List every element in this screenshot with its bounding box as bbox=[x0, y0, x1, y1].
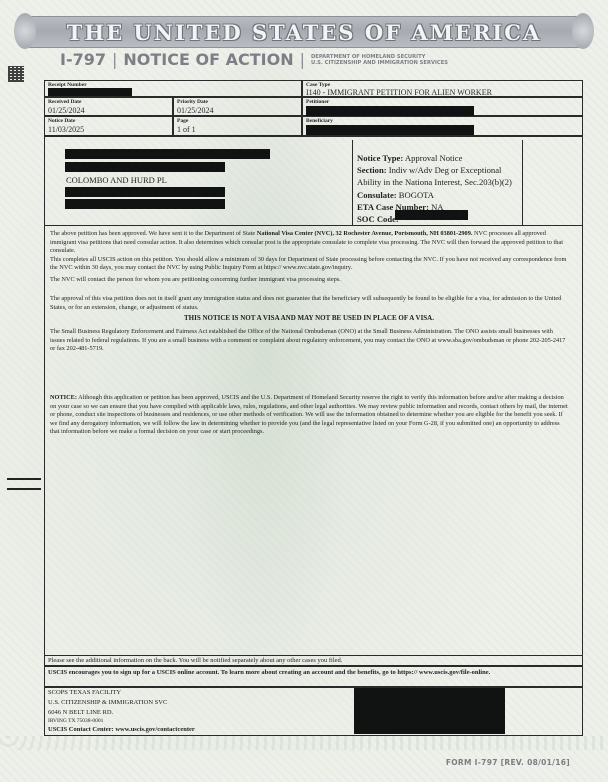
online-account-row: USCIS encourages you to sign up for a US… bbox=[44, 666, 583, 687]
page-cell: Page 1 of 1 bbox=[173, 116, 302, 136]
p1-start: The above petition has been approved. We… bbox=[50, 230, 257, 237]
paragraph-nvc-contact: The NVC will contact the person for whom… bbox=[50, 276, 568, 285]
notice-date-label: Notice Date bbox=[48, 118, 75, 124]
paragraph-processing: This completes all USCIS action on this … bbox=[50, 256, 566, 272]
office-line-4: IRVING TX 75038-0001 bbox=[48, 718, 103, 724]
section-value: Indiv w/Adv Deg or Exceptional bbox=[389, 165, 502, 175]
case-type-value: I140 - IMMIGRANT PETITION FOR ALIEN WORK… bbox=[306, 88, 492, 97]
fold-marks bbox=[7, 478, 41, 498]
form-id: I-797 bbox=[60, 50, 106, 69]
address-line-1-redacted bbox=[65, 149, 270, 159]
soc-label: SOC Code: bbox=[357, 214, 399, 224]
consulate-value: BOGOTA bbox=[399, 190, 434, 200]
address-line-5-redacted bbox=[65, 199, 225, 209]
priority-date-value: 01/25/2024 bbox=[177, 106, 213, 115]
barcode-icon bbox=[8, 66, 24, 82]
paragraph-ombudsman: The Small Business Regulatory Enforcemen… bbox=[50, 328, 568, 354]
page-label: Page bbox=[177, 118, 188, 124]
signature-redacted bbox=[354, 688, 505, 734]
consulate-label: Consulate: bbox=[357, 190, 397, 200]
contact-label: USCIS Contact Center: bbox=[48, 726, 114, 733]
notice-label: NOTICE: bbox=[50, 394, 77, 401]
page-value: 1 of 1 bbox=[177, 125, 196, 134]
petitioner-label: Petitioner bbox=[306, 99, 329, 105]
beneficiary-redacted bbox=[306, 125, 474, 135]
priority-date-cell: Priority Date 01/25/2024 bbox=[173, 97, 302, 116]
form-header: I-797 | NOTICE OF ACTION | DEPARTMENT OF… bbox=[60, 50, 448, 69]
form-revision: FORM I-797 [REV. 08/01/16] bbox=[446, 758, 570, 767]
beneficiary-label: Beneficiary bbox=[306, 118, 333, 124]
additional-info-row: Please see the additional information on… bbox=[44, 655, 583, 666]
notice-title: NOTICE OF ACTION bbox=[123, 50, 293, 69]
notice-date-value: 11/03/2025 bbox=[48, 125, 84, 134]
section-label: Section: bbox=[357, 165, 387, 175]
agency-line-2: U.S. CITIZENSHIP AND IMMIGRATION SERVICE… bbox=[311, 60, 448, 66]
received-date-label: Received Date bbox=[48, 99, 81, 105]
guilloche-border bbox=[0, 736, 608, 750]
contact-url[interactable]: www.uscis.gov/contactcenter bbox=[115, 726, 194, 733]
section-row: Section: Indiv w/Adv Deg or Exceptional bbox=[357, 164, 512, 176]
receipt-number-cell: Receipt Number bbox=[44, 80, 302, 97]
received-date-value: 01/25/2024 bbox=[48, 106, 84, 115]
header-separator-2: | bbox=[300, 50, 305, 69]
paragraph-approval-disclaimer: The approval of this visa petition does … bbox=[50, 295, 568, 312]
notice-type-label: Notice Type: bbox=[357, 153, 403, 163]
office-line-1: SCOPS TEXAS FACILITY bbox=[48, 689, 121, 696]
address-line-2-redacted bbox=[65, 162, 225, 172]
header-separator: | bbox=[112, 50, 117, 69]
nvc-address: National Visa Center (NVC), 32 Rochester… bbox=[257, 230, 473, 237]
section-value-continued: Ability in the Nationa Interest, Sec.203… bbox=[357, 176, 512, 188]
consulate-row: Consulate: BOGOTA bbox=[357, 189, 512, 201]
agency-name: DEPARTMENT OF HOMELAND SECURITY U.S. CIT… bbox=[311, 54, 448, 66]
law-firm-name: COLOMBO AND HURD PL bbox=[66, 175, 167, 185]
receipt-number-redacted bbox=[48, 88, 132, 96]
notice-type-value: Approval Notice bbox=[405, 153, 463, 163]
additional-info-text: Please see the additional information on… bbox=[48, 657, 342, 664]
case-type-cell: Case Type I140 - IMMIGRANT PETITION FOR … bbox=[302, 80, 583, 97]
paragraph-notice: NOTICE: Although this application or pet… bbox=[50, 394, 568, 437]
notice-text: Although this application or petition ha… bbox=[50, 394, 568, 435]
online-account-text: USCIS encourages you to sign up for a US… bbox=[48, 668, 568, 677]
petitioner-redacted bbox=[306, 106, 474, 116]
soc-code-redacted bbox=[395, 210, 468, 220]
office-line-2: U.S. CITIZENSHIP & IMMIGRATION SVC bbox=[48, 699, 167, 706]
received-date-cell: Received Date 01/25/2024 bbox=[44, 97, 173, 116]
notice-date-cell: Notice Date 11/03/2025 bbox=[44, 116, 173, 136]
beneficiary-cell: Beneficiary bbox=[302, 116, 583, 136]
priority-date-label: Priority Date bbox=[177, 99, 208, 105]
paragraph-nvc: The above petition has been approved. We… bbox=[50, 230, 568, 273]
contact-center: USCIS Contact Center: www.uscis.gov/cont… bbox=[48, 726, 195, 733]
office-line-3: 6046 N BELT LINE RD. bbox=[48, 709, 113, 716]
not-a-visa-warning: THIS NOTICE IS NOT A VISA AND MAY NOT BE… bbox=[50, 314, 568, 323]
banner: THE UNITED STATES OF AMERICA bbox=[26, 16, 582, 48]
banner-title: THE UNITED STATES OF AMERICA bbox=[67, 20, 542, 45]
address-line-4-redacted bbox=[65, 187, 225, 197]
petitioner-cell: Petitioner bbox=[302, 97, 583, 116]
notice-type-row: Notice Type: Approval Notice bbox=[357, 152, 512, 164]
